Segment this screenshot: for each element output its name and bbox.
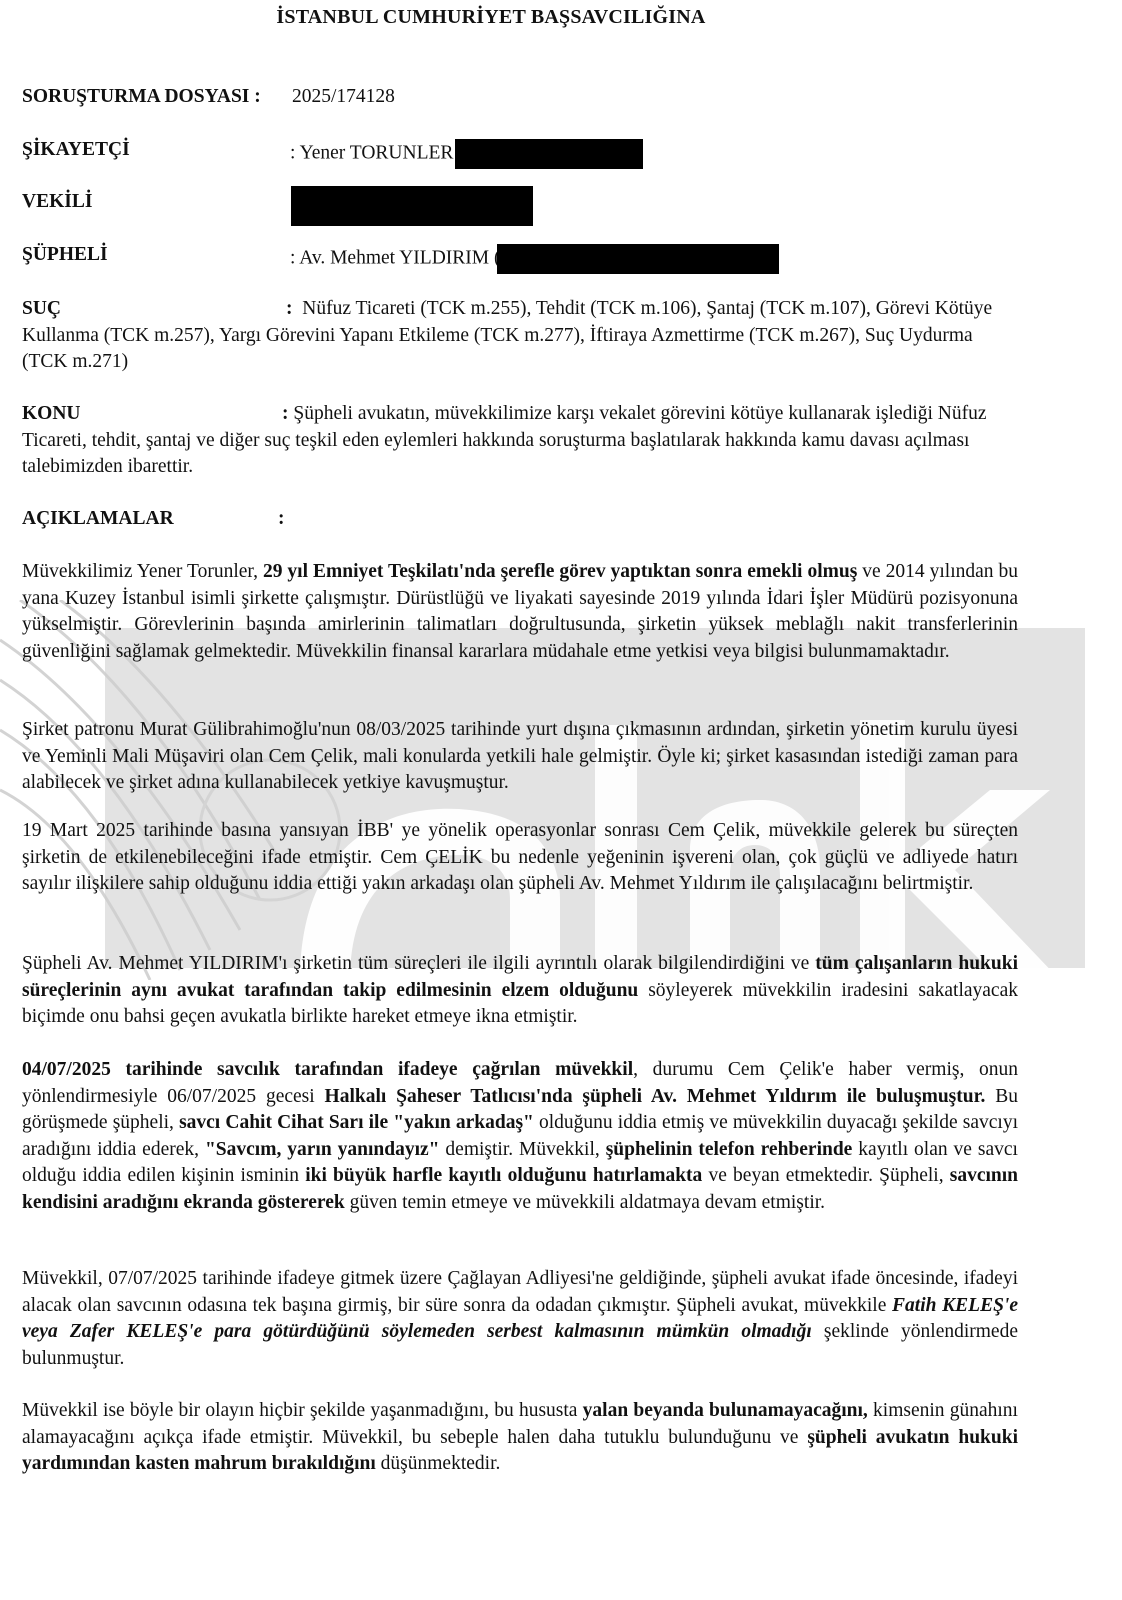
suspect-label: ŞÜPHELİ bbox=[22, 244, 108, 266]
file-number-label: SORUŞTURMA DOSYASI : bbox=[22, 86, 261, 108]
attorney-label: VEKİLİ bbox=[22, 191, 92, 213]
document-page: İSTANBUL CUMHURİYET BAŞSAVCILIĞINA SORUŞ… bbox=[0, 0, 1122, 1600]
text-run: şüphelinin telefon rehberinde bbox=[606, 1139, 853, 1160]
suspect-value: : Av. Mehmet YILDIRIM ( bbox=[290, 244, 779, 274]
paragraph-7: Müvekkil ise böyle bir olayın hiçbir şek… bbox=[22, 1398, 1018, 1478]
crimes-label: SUÇ bbox=[22, 296, 286, 323]
complainant-value: : Yener TORUNLER bbox=[290, 139, 643, 169]
text-run: 19 Mart 2025 tarihinde basına yansıyan İ… bbox=[22, 820, 1018, 894]
text-run: "Savcım, yarın yanındayız" bbox=[205, 1139, 440, 1160]
text-run: ve beyan etmektedir. Şüpheli, bbox=[702, 1165, 949, 1186]
paragraph-6: Müvekkil, 07/07/2025 tarihinde ifadeye g… bbox=[22, 1266, 1018, 1372]
text-run: Şüpheli Av. Mehmet YILDIRIM'ı şirketin t… bbox=[22, 953, 815, 974]
redaction-box bbox=[455, 139, 643, 169]
redaction-box bbox=[497, 244, 779, 274]
text-run: Müvekkil, 07/07/2025 tarihinde ifadeye g… bbox=[22, 1268, 1018, 1316]
text-run: düşünmektedir. bbox=[376, 1453, 501, 1474]
file-number-value: 2025/174128 bbox=[292, 86, 395, 108]
text-run: savcı Cahit Cihat Sarı ile "yakın arkada… bbox=[179, 1112, 534, 1133]
redaction-box bbox=[291, 186, 533, 226]
explanations-heading: AÇIKLAMALAR: bbox=[22, 506, 1018, 533]
text-run: Şirket patronu Murat Gülibrahimoğlu'nun … bbox=[22, 719, 1018, 793]
text-run: 29 yıl Emniyet Teşkilatı'nda şerefle gör… bbox=[263, 561, 857, 582]
paragraph-3: 19 Mart 2025 tarihinde basına yansıyan İ… bbox=[22, 818, 1018, 898]
paragraph-4: Şüpheli Av. Mehmet YILDIRIM'ı şirketin t… bbox=[22, 951, 1018, 1031]
subject-label: KONU bbox=[22, 401, 282, 428]
text-run: Müvekkil ise böyle bir olayın hiçbir şek… bbox=[22, 1400, 583, 1421]
crimes-section: SUÇ: Nüfuz Ticareti (TCK m.255), Tehdit … bbox=[22, 296, 1018, 376]
text-run: Müvekkilimiz Yener Torunler, bbox=[22, 561, 263, 582]
text-run: demiştir. Müvekkil, bbox=[439, 1139, 605, 1160]
text-run: yalan beyanda bulunamayacağını, bbox=[583, 1400, 868, 1421]
paragraph-5: 04/07/2025 tarihinde savcılık tarafından… bbox=[22, 1057, 1018, 1216]
subject-section: KONU: Şüpheli avukatın, müvekkilimize ka… bbox=[22, 401, 1018, 481]
text-run: iki büyük harfle kayıtlı olduğunu hatırl… bbox=[305, 1165, 702, 1186]
text-run: Halkalı Şaheser Tatlıcısı'nda şüpheli Av… bbox=[325, 1086, 986, 1107]
explanations-label: AÇIKLAMALAR bbox=[22, 506, 278, 533]
paragraph-1: Müvekkilimiz Yener Torunler, 29 yıl Emni… bbox=[22, 559, 1018, 665]
complainant-label: ŞİKAYETÇİ bbox=[22, 139, 130, 161]
text-run: güven temin etmeye ve müvekkili aldatmay… bbox=[345, 1192, 825, 1213]
document-title: İSTANBUL CUMHURİYET BAŞSAVCILIĞINA bbox=[0, 6, 1122, 29]
paragraph-2: Şirket patronu Murat Gülibrahimoğlu'nun … bbox=[22, 717, 1018, 797]
text-run: 04/07/2025 tarihinde savcılık tarafından… bbox=[22, 1059, 633, 1080]
